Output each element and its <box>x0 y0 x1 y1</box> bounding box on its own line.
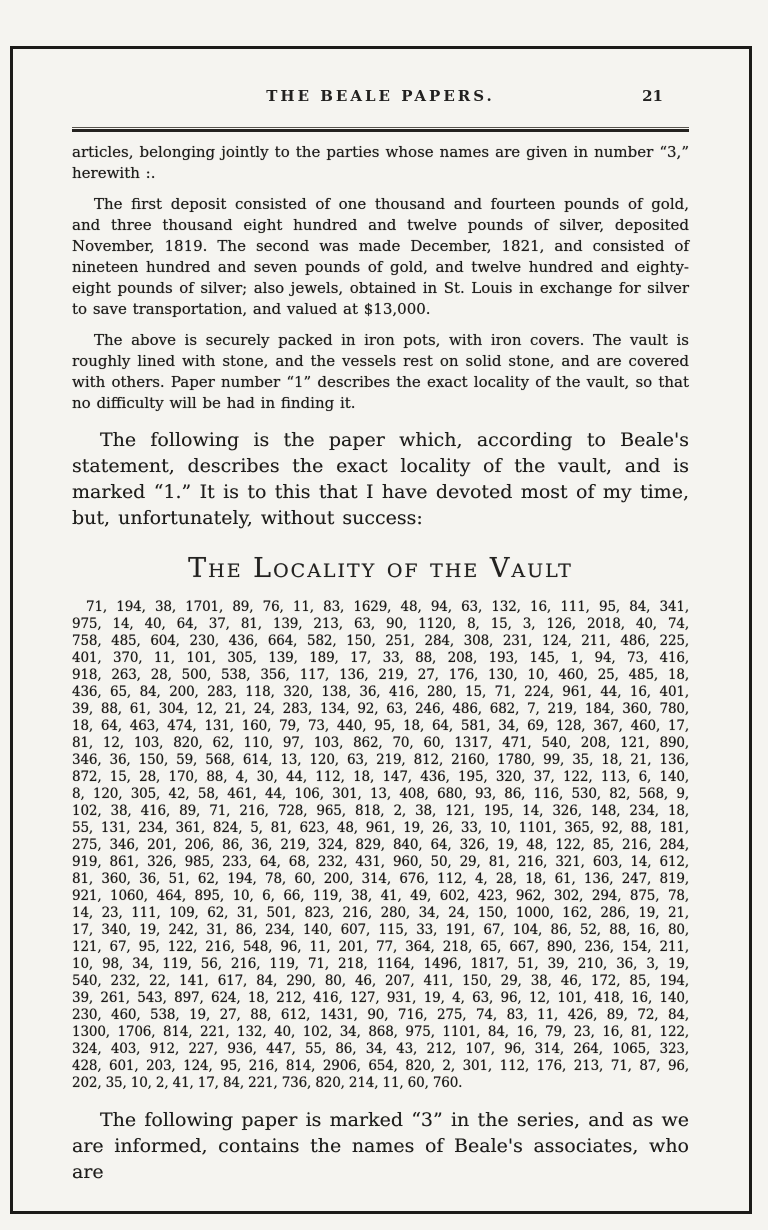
page-number: 21 <box>642 87 663 105</box>
cipher-line: 275, 346, 201, 206, 86, 36, 219, 324, 82… <box>72 837 689 854</box>
cipher-line: 230, 460, 538, 19, 27, 88, 612, 1431, 90… <box>72 1007 689 1024</box>
cipher-line: 872, 15, 28, 170, 88, 4, 30, 44, 112, 18… <box>72 769 689 786</box>
cipher-line: 436, 65, 84, 200, 283, 118, 320, 138, 36… <box>72 684 689 701</box>
cipher-line: 346, 36, 150, 59, 568, 614, 13, 120, 63,… <box>72 752 689 769</box>
cipher-line: 55, 131, 234, 361, 824, 5, 81, 623, 48, … <box>72 820 689 837</box>
running-header: THE BEALE PAPERS. 21 <box>72 87 689 107</box>
paragraph-continuation: articles, belonging jointly to the parti… <box>72 142 689 184</box>
cipher-line: 975, 14, 40, 64, 37, 81, 139, 213, 63, 9… <box>72 616 689 633</box>
page-content: THE BEALE PAPERS. 21 articles, belonging… <box>13 49 749 1185</box>
cipher-line: 758, 485, 604, 230, 436, 664, 582, 150, … <box>72 633 689 650</box>
header-rule <box>72 127 689 132</box>
cipher-line: 428, 601, 203, 124, 95, 216, 814, 2906, … <box>72 1058 689 1075</box>
cipher-line: 1300, 1706, 814, 221, 132, 40, 102, 34, … <box>72 1024 689 1041</box>
cipher-line: 10, 98, 34, 119, 56, 216, 119, 71, 218, … <box>72 956 689 973</box>
cipher-line: 918, 263, 28, 500, 538, 356, 117, 136, 2… <box>72 667 689 684</box>
cipher-line: 324, 403, 912, 227, 936, 447, 55, 86, 34… <box>72 1041 689 1058</box>
cipher-line: 401, 370, 11, 101, 305, 139, 189, 17, 33… <box>72 650 689 667</box>
cipher-line: 921, 1060, 464, 895, 10, 6, 66, 119, 38,… <box>72 888 689 905</box>
cipher-number-block: 71, 194, 38, 1701, 89, 76, 11, 83, 1629,… <box>72 599 689 1092</box>
cipher-line: 919, 861, 326, 985, 233, 64, 68, 232, 43… <box>72 854 689 871</box>
paragraph-cipher-intro: The following is the paper which, accord… <box>72 427 689 531</box>
cipher-line: 8, 120, 305, 42, 58, 461, 44, 106, 301, … <box>72 786 689 803</box>
cipher-line: 202, 35, 10, 2, 41, 17, 84, 221, 736, 82… <box>72 1075 689 1092</box>
scanned-page: THE BEALE PAPERS. 21 articles, belonging… <box>0 0 768 1230</box>
paragraph-first-deposit: The first deposit consisted of one thous… <box>72 194 689 320</box>
page-border-frame: THE BEALE PAPERS. 21 articles, belonging… <box>10 46 752 1214</box>
cipher-line: 14, 23, 111, 109, 62, 31, 501, 823, 216,… <box>72 905 689 922</box>
paragraph-vault-packing: The above is securely packed in iron pot… <box>72 330 689 414</box>
cipher-line: 17, 340, 19, 242, 31, 86, 234, 140, 607,… <box>72 922 689 939</box>
cipher-line: 81, 12, 103, 820, 62, 110, 97, 103, 862,… <box>72 735 689 752</box>
cipher-line: 540, 232, 22, 141, 617, 84, 290, 80, 46,… <box>72 973 689 990</box>
page-header-title: THE BEALE PAPERS. <box>72 87 689 105</box>
cipher-line: 81, 360, 36, 51, 62, 194, 78, 60, 200, 3… <box>72 871 689 888</box>
section-heading-locality-of-the-vault: The Locality of the Vault <box>72 553 689 584</box>
cipher-line: 71, 194, 38, 1701, 89, 76, 11, 83, 1629,… <box>72 599 689 616</box>
cipher-line: 121, 67, 95, 122, 216, 548, 96, 11, 201,… <box>72 939 689 956</box>
cipher-line: 102, 38, 416, 89, 71, 216, 728, 965, 818… <box>72 803 689 820</box>
paragraph-closing: The following paper is marked “3” in the… <box>72 1107 689 1185</box>
cipher-line: 39, 88, 61, 304, 12, 21, 24, 283, 134, 9… <box>72 701 689 718</box>
cipher-line: 18, 64, 463, 474, 131, 160, 79, 73, 440,… <box>72 718 689 735</box>
cipher-line: 39, 261, 543, 897, 624, 18, 212, 416, 12… <box>72 990 689 1007</box>
